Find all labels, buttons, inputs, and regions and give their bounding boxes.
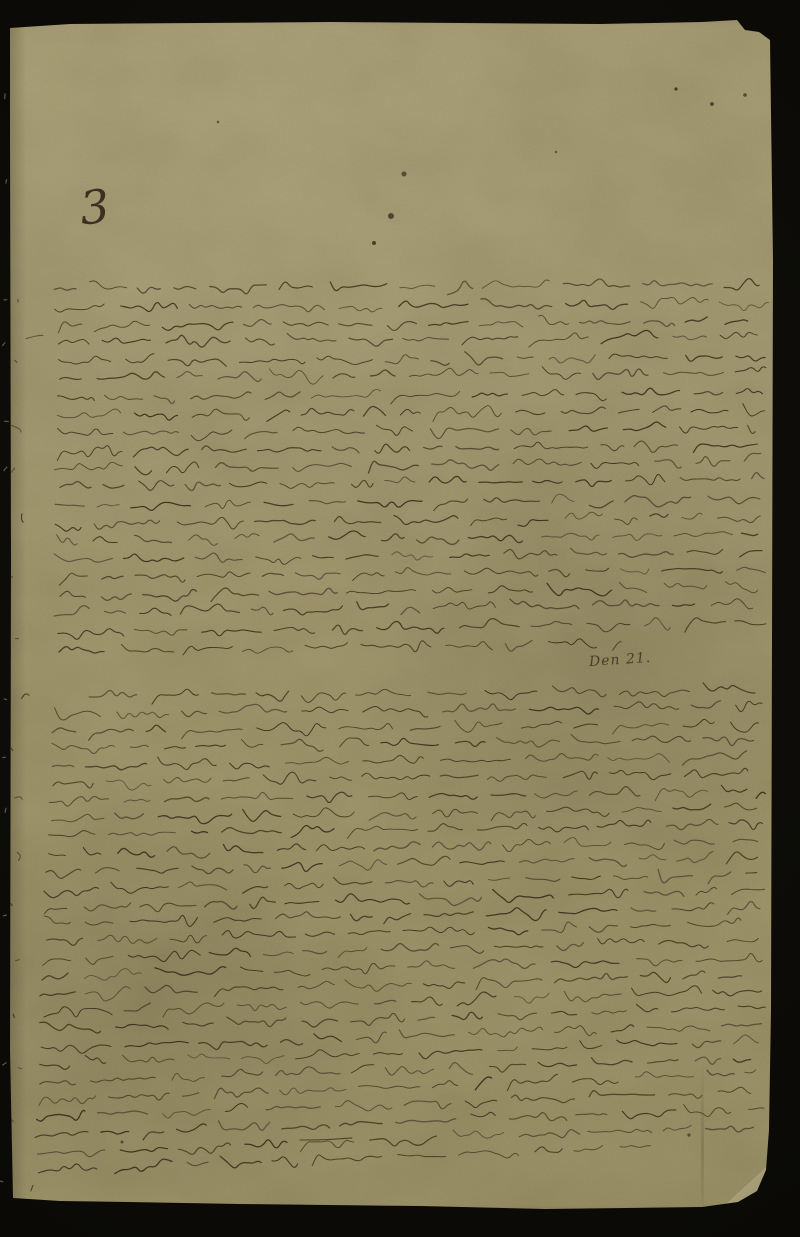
handwriting-stroke — [58, 322, 82, 333]
handwriting-stroke — [473, 959, 535, 969]
handwriting-stroke — [369, 793, 418, 800]
handwriting-stroke — [398, 1155, 446, 1157]
handwriting-stroke — [493, 890, 554, 903]
handwriting-stroke — [728, 902, 760, 915]
handwriting-stroke — [507, 1074, 557, 1090]
handwriting-stroke — [177, 1124, 207, 1132]
handwriting-stroke — [55, 288, 76, 290]
handwriting-stroke — [38, 1150, 105, 1157]
handwriting-stroke — [620, 1146, 650, 1148]
handwriting-stroke — [511, 428, 552, 434]
handwriting-stroke — [565, 512, 602, 519]
handwriting-stroke — [183, 646, 232, 655]
handwriting-stroke — [490, 372, 529, 376]
handwriting-stroke — [57, 446, 122, 461]
handwriting-stroke — [339, 306, 382, 311]
handwriting-stroke — [434, 499, 468, 511]
handwriting-stroke — [428, 692, 466, 694]
handwriting-stroke — [300, 1140, 353, 1151]
handwriting-stroke — [571, 735, 620, 744]
handwriting-stroke — [166, 335, 230, 347]
handwriting-stroke — [392, 552, 433, 560]
handwriting-stroke — [394, 515, 458, 524]
handwriting-stroke — [705, 1126, 753, 1132]
handwriting-stroke — [333, 374, 355, 378]
handwriting-stroke — [118, 848, 155, 857]
handwriting-stroke — [494, 946, 543, 948]
handwriting-stroke — [549, 355, 595, 363]
handwriting-stroke — [718, 976, 741, 978]
handwriting-stroke — [634, 441, 677, 452]
edge-fragment — [4, 699, 7, 700]
handwriting-stroke — [115, 813, 144, 818]
handwriting-stroke — [257, 723, 326, 736]
handwriting-stroke — [272, 1157, 298, 1167]
handwriting-stroke — [648, 1060, 678, 1063]
handwriting-stroke — [182, 729, 243, 739]
handwriting-stroke — [719, 302, 768, 311]
handwriting-stroke — [283, 606, 342, 615]
handwriting-stroke — [46, 869, 81, 878]
handwriting-stroke — [674, 532, 732, 537]
handwriting-stroke — [202, 446, 247, 452]
handwriting-stroke — [432, 587, 472, 592]
handwriting-stroke — [672, 604, 694, 606]
handwriting-stroke — [243, 320, 271, 327]
handwriting-stroke — [348, 931, 390, 935]
handwriting-stroke — [743, 403, 765, 416]
handwriting-stroke — [357, 1032, 387, 1043]
handwriting-stroke — [59, 573, 87, 585]
handwriting-stroke — [240, 359, 306, 363]
handwriting-stroke — [382, 534, 405, 541]
handwriting-stroke — [444, 881, 474, 886]
handwriting-stroke — [212, 693, 246, 695]
handwriting-stroke — [630, 925, 670, 928]
handwriting-stroke — [532, 1047, 567, 1050]
handwriting-stroke — [740, 551, 762, 557]
handwriting-stroke — [417, 537, 459, 544]
handwriting-stroke — [162, 322, 233, 330]
handwriting-stroke — [93, 537, 117, 543]
handwriting-stroke — [542, 922, 577, 933]
handwriting-stroke — [197, 572, 250, 577]
handwriting-stroke — [362, 773, 430, 779]
margin-mark — [21, 693, 29, 698]
handwriting-stroke — [189, 304, 241, 308]
handwriting-stroke — [713, 990, 762, 996]
handwriting-stroke — [663, 1125, 691, 1130]
handwriting-stroke — [282, 1125, 330, 1130]
handwriting-stroke — [625, 843, 665, 850]
handwriting-stroke — [735, 367, 766, 372]
handwriting-stroke — [202, 630, 262, 636]
handwriting-stroke — [140, 608, 171, 615]
handwriting-stroke — [576, 1114, 607, 1115]
handwriting-stroke — [400, 409, 420, 415]
handwriting-stroke — [471, 1112, 495, 1116]
handwriting-stroke — [180, 604, 239, 614]
handwriting-stroke — [433, 602, 495, 609]
handwriting-stroke — [398, 856, 450, 865]
handwriting-stroke — [269, 369, 323, 384]
handwriting-stroke — [245, 431, 277, 438]
handwriting-stroke — [475, 1077, 491, 1090]
handwriting-stroke — [40, 992, 75, 996]
margin-mark — [11, 424, 21, 434]
handwriting-stroke — [587, 623, 630, 632]
handwriting-stroke — [621, 569, 649, 574]
handwriting-stroke — [591, 462, 639, 468]
handwriting-stroke — [223, 844, 262, 852]
handwriting-stroke — [672, 903, 714, 911]
handwriting-stroke — [542, 367, 581, 380]
handwriting-stroke — [40, 1064, 70, 1069]
handwriting-stroke — [274, 534, 314, 542]
handwriting-stroke — [720, 332, 757, 338]
handwriting-stroke — [267, 410, 290, 421]
handwriting-stroke — [164, 797, 209, 802]
handwriting-stroke — [446, 642, 493, 650]
handwriting-stroke — [441, 759, 511, 762]
handwriting-stroke — [274, 627, 315, 633]
handwriting-stroke — [120, 1148, 167, 1152]
handwriting-stroke — [744, 453, 760, 461]
handwriting-stroke — [130, 745, 148, 747]
handwriting-stroke — [256, 557, 301, 564]
handwriting-stroke — [311, 389, 380, 398]
handwriting-stroke — [334, 517, 380, 524]
handwriting-stroke — [615, 518, 638, 525]
handwriting-stroke — [561, 407, 605, 413]
handwriting-stroke — [86, 956, 113, 964]
handwriting-stroke — [529, 707, 598, 714]
handwriting-stroke — [332, 447, 359, 453]
handwriting-stroke — [281, 739, 323, 751]
handwriting-stroke — [55, 462, 123, 470]
handwriting-stroke — [58, 339, 89, 344]
handwriting-stroke — [85, 1056, 105, 1064]
handwriting-stroke — [60, 482, 91, 488]
handwriting-stroke — [170, 935, 207, 943]
handwriting-stroke — [277, 844, 305, 850]
handwriting-stroke — [55, 504, 84, 506]
handwriting-stroke — [124, 1003, 150, 1011]
handwriting-stroke — [693, 444, 757, 452]
handwriting-stroke — [632, 986, 702, 996]
handwriting-stroke — [40, 1022, 101, 1033]
handwriting-stroke — [491, 811, 535, 820]
foxing-spots — [121, 87, 747, 1143]
handwriting-stroke — [135, 575, 185, 582]
handwriting-stroke — [128, 950, 200, 961]
handwriting-stroke — [718, 1087, 751, 1093]
handwriting-stroke — [90, 281, 127, 289]
handwriting-stroke — [424, 912, 473, 917]
handwriting-stroke — [725, 320, 748, 325]
handwriting-stroke — [347, 826, 417, 838]
margin-mark — [11, 468, 14, 473]
handwriting-stroke — [60, 591, 86, 597]
handwriting-stroke — [269, 588, 337, 594]
handwriting-stroke — [468, 535, 522, 542]
handwriting-stroke — [192, 866, 233, 874]
handwriting-stroke — [569, 889, 628, 897]
handwriting-stroke — [453, 1130, 503, 1138]
handwriting-stroke — [279, 282, 312, 289]
handwriting-stroke — [98, 1111, 148, 1114]
handwriting-stroke — [613, 534, 662, 541]
handwriting-stroke — [672, 1008, 725, 1012]
handwriting-stroke — [85, 763, 146, 769]
handwriting-stroke — [214, 918, 261, 923]
handwriting-stroke — [219, 1121, 270, 1130]
handwriting-stroke — [731, 722, 759, 732]
margin-mark — [15, 796, 23, 800]
handwriting-stroke — [431, 361, 450, 366]
handwriting-stroke — [601, 445, 624, 451]
handwriting-stroke — [683, 719, 714, 727]
handwriting-stroke — [559, 908, 617, 913]
handwriting-stroke — [490, 1064, 526, 1072]
handwriting-stroke — [401, 607, 420, 614]
handwriting-stroke — [183, 1022, 213, 1026]
handwriting-stroke — [49, 831, 95, 837]
handwriting-stroke — [117, 712, 168, 719]
handwriting-stroke — [535, 791, 578, 798]
handwriting-stroke — [409, 368, 478, 376]
handwriting-stroke — [547, 807, 609, 816]
letter-page: 3 Den 21. — [0, 0, 800, 1237]
handwriting-stroke — [404, 1101, 451, 1109]
handwriting-stroke — [732, 889, 765, 894]
handwriting-stroke — [682, 751, 746, 765]
handwriting-stroke — [333, 625, 363, 634]
handwriting-stroke — [481, 299, 552, 309]
handwriting-stroke — [452, 1012, 482, 1019]
handwriting-stroke — [613, 876, 647, 880]
handwriting-stroke — [242, 740, 263, 748]
handwriting-stroke — [734, 1035, 759, 1044]
handwriting-stroke — [608, 754, 670, 763]
handwriting-stroke — [516, 410, 545, 414]
handwriting-stroke — [116, 1024, 169, 1029]
handwriting-stroke — [164, 747, 185, 749]
handwriting-stroke — [645, 618, 671, 630]
handwriting-stroke — [589, 925, 617, 932]
handwriting-stroke — [617, 1040, 677, 1046]
handwriting-stroke — [513, 459, 581, 465]
handwriting-stroke — [451, 946, 484, 954]
handwriting-stroke — [752, 473, 764, 479]
handwriting-stroke — [727, 939, 758, 942]
handwriting-stroke — [102, 338, 150, 343]
handwriting-stroke — [696, 954, 762, 962]
handwriting-stroke — [636, 1004, 657, 1011]
handwriting-stroke — [622, 808, 662, 813]
handwriting-stroke — [455, 720, 502, 732]
handwriting-stroke — [85, 987, 130, 1001]
handwriting-stroke — [237, 1004, 286, 1010]
handwriting-stroke — [635, 1072, 693, 1078]
handwriting-stroke — [163, 1003, 224, 1017]
handwriting-stroke — [183, 1093, 199, 1097]
margin-marks — [9, 299, 42, 1191]
paper-crease — [701, 1062, 704, 1206]
handwriting-stroke — [121, 303, 178, 312]
handwriting-stroke — [469, 1027, 543, 1037]
handwriting-stroke — [345, 980, 411, 991]
handwriting-stroke — [97, 372, 164, 379]
handwriting-stroke — [711, 599, 752, 609]
handwriting-stroke — [552, 686, 606, 697]
foxing-spot — [388, 213, 394, 219]
handwriting-stroke — [429, 322, 469, 326]
handwriting-stroke — [658, 869, 692, 882]
handwriting-stroke — [240, 967, 263, 972]
handwriting-stroke — [749, 1108, 764, 1110]
handwriting-stroke — [374, 1053, 403, 1055]
handwriting-stroke — [580, 1041, 602, 1049]
handwriting-stroke — [111, 882, 168, 893]
handwriting-stroke — [349, 338, 393, 346]
handwriting-stroke — [223, 778, 249, 781]
handwriting-stroke — [664, 583, 707, 589]
handwriting-stroke — [375, 1000, 396, 1004]
foxing-spot — [743, 93, 747, 97]
handwriting-stroke — [598, 939, 644, 944]
handwriting-stroke — [235, 534, 259, 539]
handwriting-stroke — [57, 409, 121, 418]
handwriting-stroke — [653, 406, 681, 412]
handwriting-stroke — [592, 1058, 633, 1065]
handwriting-stroke — [42, 973, 68, 980]
handwriting-stroke — [403, 927, 474, 935]
handwriting-stroke — [102, 594, 132, 600]
handwriting-stroke — [285, 883, 324, 889]
handwriting-stroke — [686, 355, 723, 361]
handwriting-stroke — [108, 1093, 169, 1100]
handwriting-stroke — [593, 600, 659, 606]
handwriting-stroke — [465, 1100, 497, 1107]
handwriting-stroke — [518, 520, 548, 527]
handwriting-stroke — [361, 641, 431, 652]
handwriting-stroke — [49, 797, 108, 806]
handwriting-stroke — [305, 932, 334, 936]
handwriting-stroke — [655, 789, 707, 801]
handwriting-stroke — [735, 621, 766, 625]
handwriting-stroke — [381, 943, 438, 951]
handwriting-stroke — [334, 878, 372, 885]
handwriting-stroke — [526, 754, 599, 761]
handwriting-stroke — [703, 737, 754, 746]
handwriting-stroke — [369, 461, 419, 473]
handwriting-stroke — [177, 517, 243, 529]
handwriting-stroke — [298, 981, 335, 988]
handwriting-stroke — [154, 396, 174, 404]
handwriting-stroke — [317, 356, 373, 364]
handwriting-stroke — [688, 918, 741, 926]
handwriting-stroke — [135, 467, 152, 475]
handwriting-stroke — [457, 992, 496, 1006]
handwriting-stroke — [191, 430, 232, 441]
handwriting-stroke — [96, 868, 120, 873]
handwriting-stroke — [691, 409, 728, 413]
handwriting-stroke — [491, 794, 526, 796]
handwriting-stroke — [58, 396, 95, 401]
handwriting-stroke — [293, 808, 354, 817]
handwriting-stroke — [329, 531, 366, 539]
handwriting-stroke — [619, 582, 646, 592]
handwriting-stroke — [230, 763, 270, 769]
handwriting-stroke — [303, 951, 327, 954]
handwriting-stroke — [687, 550, 722, 555]
handwriting-stroke — [498, 1013, 536, 1020]
handwriting-stroke — [44, 1007, 112, 1017]
margin-mark — [12, 1014, 15, 1018]
handwriting-stroke — [613, 723, 669, 734]
handwriting-stroke — [684, 1105, 731, 1117]
handwriting-stroke — [309, 501, 345, 504]
handwriting-stroke — [673, 336, 707, 340]
handwriting-stroke — [363, 706, 428, 717]
foxing-spot — [217, 121, 220, 124]
handwriting-stroke — [504, 550, 557, 559]
handwriting-stroke — [674, 840, 714, 844]
handwriting-stroke — [246, 338, 275, 345]
handwriting-stroke — [726, 852, 757, 864]
handwriting-stroke — [335, 894, 409, 904]
handwriting-stroke — [580, 321, 631, 325]
foxing-spot — [555, 151, 557, 153]
handwriting-stroke — [250, 897, 275, 908]
handwriting-stroke — [243, 887, 268, 894]
handwriting-stroke — [230, 482, 267, 487]
handwriting-stroke — [685, 317, 707, 322]
handwriting-stroke — [52, 743, 114, 753]
handwriting-stroke — [44, 908, 67, 913]
handwriting-stroke — [302, 1019, 337, 1027]
handwriting-stroke — [44, 888, 99, 898]
handwriting-stroke — [488, 927, 527, 934]
handwriting-stroke — [399, 1030, 454, 1038]
handwriting-stroke — [479, 322, 523, 327]
handwriting-stroke — [312, 1155, 381, 1166]
handwriting-stroke — [301, 1002, 359, 1008]
handwriting-stroke — [189, 535, 218, 545]
handwriting-stroke — [54, 606, 89, 616]
edge-fragment — [5, 421, 9, 422]
handwriting-stroke — [177, 372, 203, 378]
handwriting-stroke — [316, 845, 365, 851]
handwriting-stroke — [130, 915, 197, 926]
handwriting-stroke — [83, 848, 100, 855]
handwriting-stroke — [400, 285, 435, 288]
handwriting-stroke — [614, 702, 679, 709]
handwriting-stroke — [196, 745, 226, 746]
handwriting-stroke — [387, 322, 416, 331]
handwriting-stroke — [736, 701, 762, 711]
handwriting-stroke — [143, 1132, 164, 1140]
handwriting-stroke — [357, 602, 389, 610]
handwriting-stroke — [214, 1088, 268, 1099]
handwriting-stroke — [285, 902, 319, 904]
handwriting-stroke — [336, 1101, 392, 1111]
handwriting-stroke — [566, 300, 628, 309]
handwriting-stroke — [179, 882, 227, 890]
handwriting-stroke — [429, 794, 477, 800]
handwriting-stroke — [682, 513, 702, 519]
